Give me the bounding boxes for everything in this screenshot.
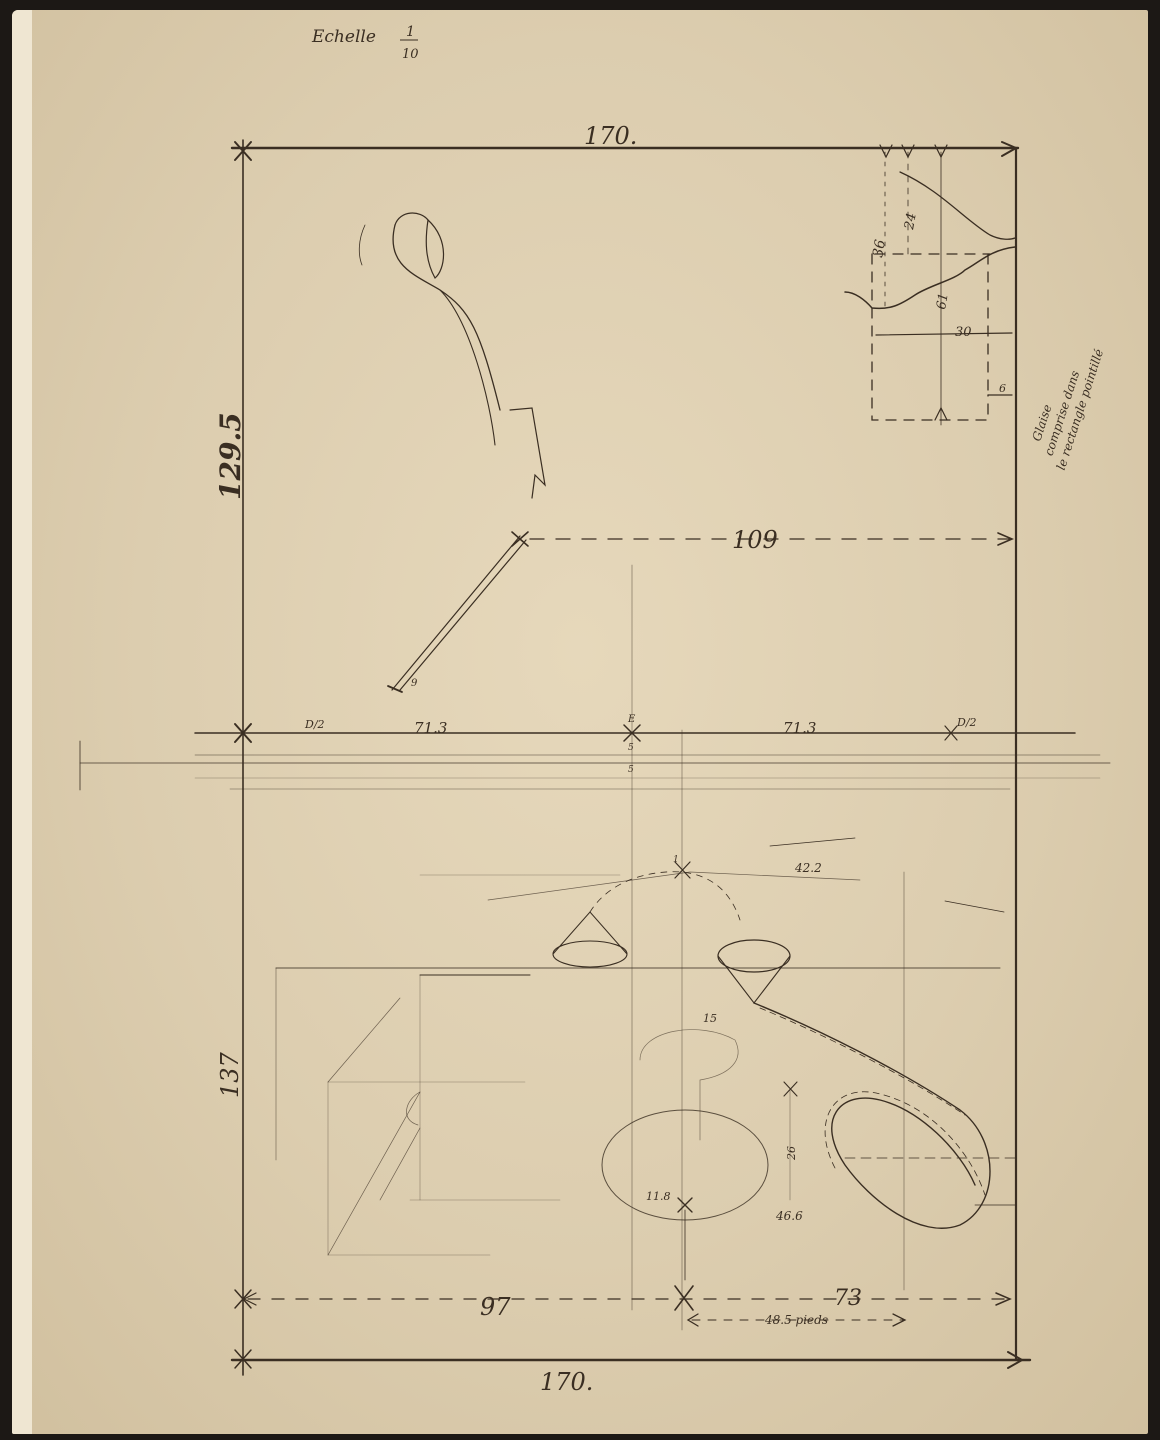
top-width-label: 170.	[584, 122, 637, 150]
clay-61: 61	[934, 292, 952, 311]
technical-drawing: Echelle 1 10 170. 170. 129.5 137 109 71.…	[0, 0, 1160, 1440]
mid-left-mark: D/2	[304, 718, 325, 731]
lower-top-mark: 1	[673, 855, 679, 865]
lower-15: 15	[703, 1012, 717, 1025]
lower-26: 26	[785, 1146, 798, 1161]
side-note: Glaise comprise dans le rectangle pointi…	[1023, 337, 1106, 471]
mid-small-5a: 5	[628, 743, 634, 753]
bottom-width-label: 170.	[540, 1368, 593, 1396]
clay-6: 6	[999, 382, 1006, 395]
lower-11-8: 11.8	[646, 1190, 671, 1203]
bottom-left-97: 97	[480, 1293, 511, 1321]
dimension-109: 109	[732, 526, 778, 554]
mid-center-mark: E	[627, 714, 636, 725]
upper-height-label: 129.5	[214, 412, 247, 500]
lower-46: 46.6	[775, 1209, 803, 1223]
mid-right-label: 71.3	[783, 719, 816, 737]
mid-right-mark: D/2	[956, 716, 977, 729]
bottom-sub-485: 48.5 pieds	[764, 1313, 828, 1327]
lower-42: 42.2	[794, 861, 822, 875]
mid-small-5b: 5	[628, 765, 634, 775]
scale-denominator: 10	[402, 47, 419, 62]
mid-left-label: 71.3	[414, 719, 447, 737]
scale-label: Echelle	[311, 27, 376, 47]
scale-numerator: 1	[406, 24, 415, 40]
lower-height-label: 137	[216, 1051, 244, 1098]
clay-30: 30	[955, 325, 972, 340]
clay-24: 24	[902, 212, 920, 232]
arrow-9: 9	[411, 678, 418, 689]
bottom-right-73: 73	[834, 1286, 862, 1311]
clay-36: 36	[870, 238, 889, 258]
